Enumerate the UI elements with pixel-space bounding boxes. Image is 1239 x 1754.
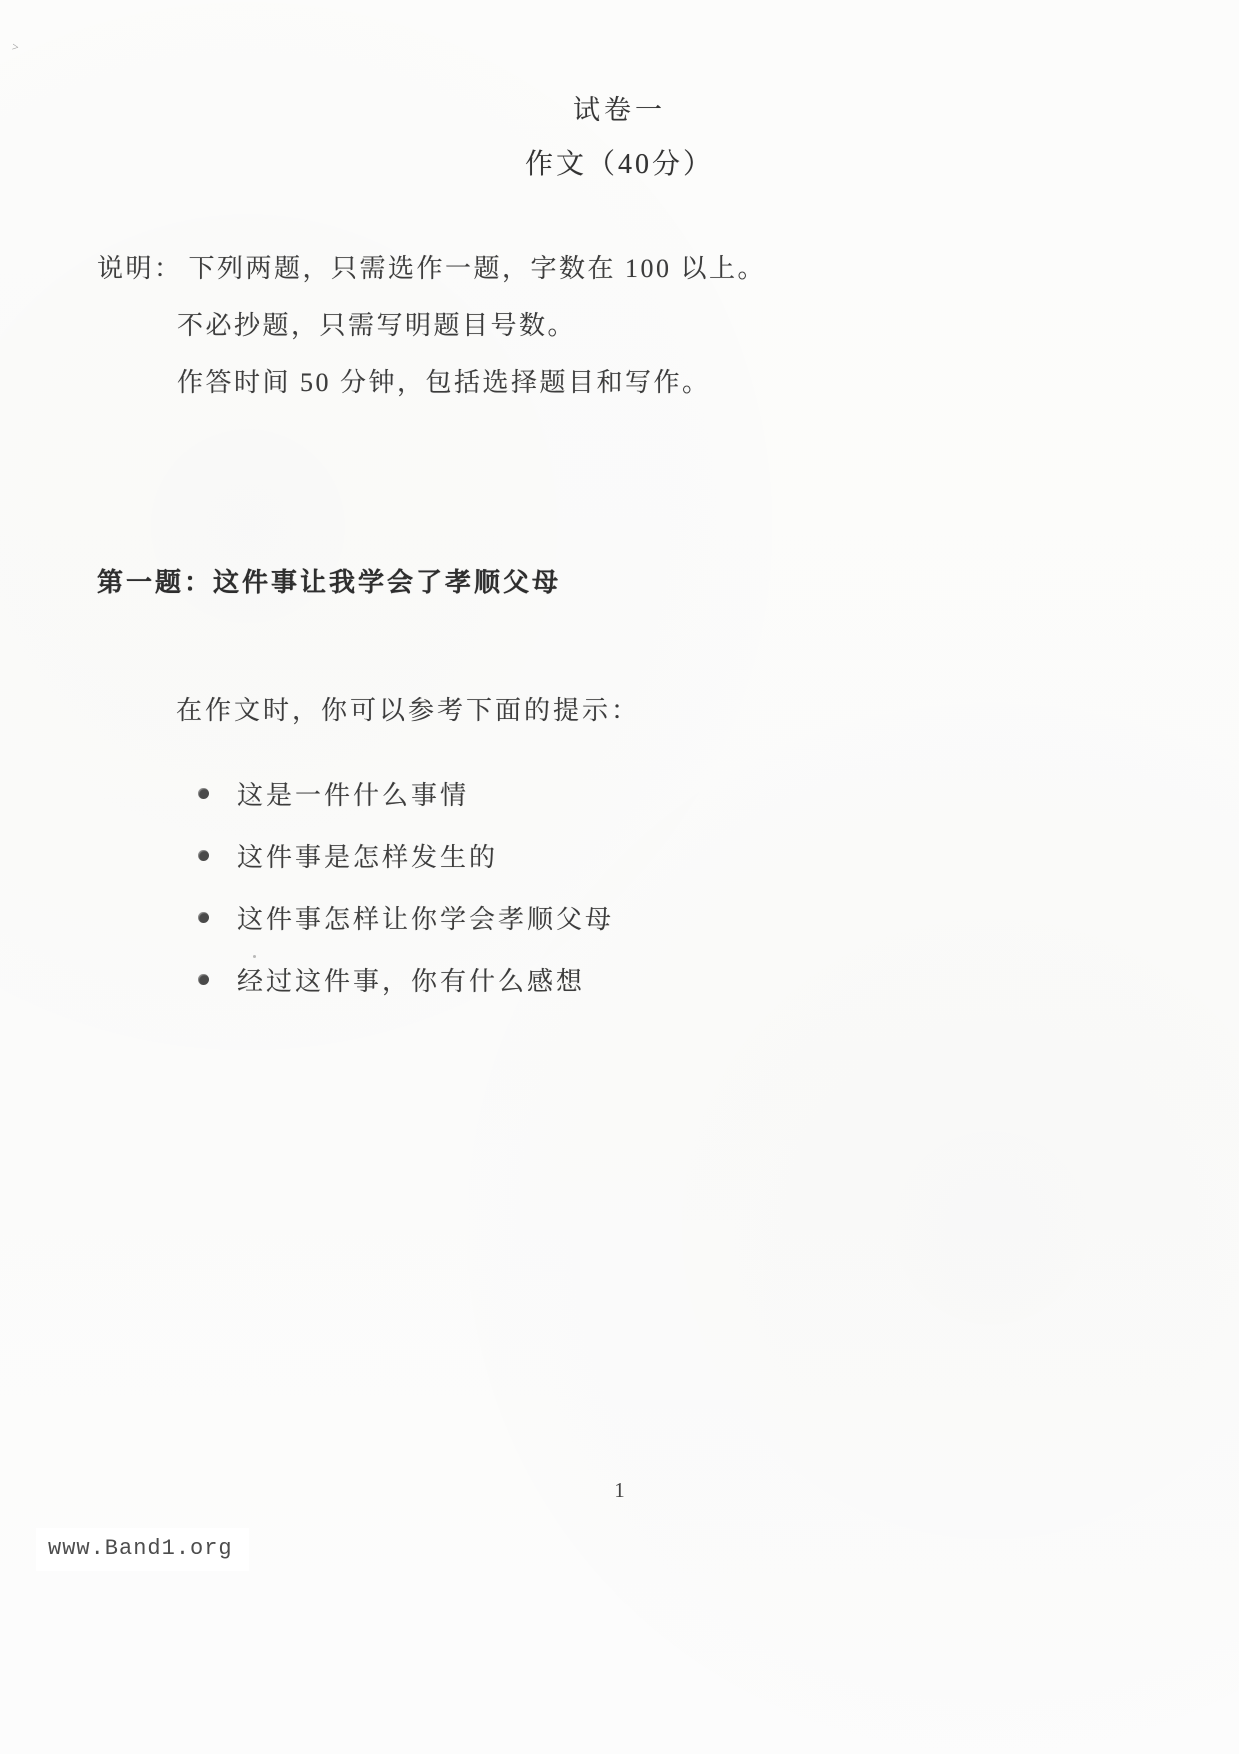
instruction-line-2: 不必抄题，只需写明题目号数。 [97,297,817,354]
instructions-label: 说明： [97,254,183,283]
paper-title: 试卷一 [0,88,1239,127]
hint-list: 这是一件什么事情 这件事是怎样发生的 这件事怎样让你学会孝顺父母 经过这件事，你… [198,762,614,1010]
hint-text: 这件事怎样让你学会孝顺父母 [237,899,614,936]
question-heading: 第一题：这件事让我学会了孝顺父母 [97,562,561,599]
bullet-icon [198,974,209,985]
scan-artifact: ˃ [11,40,20,56]
bullet-icon [198,850,209,861]
hint-item: 这件事是怎样发生的 [198,824,614,886]
watermark-box: www.Band1.org [36,1528,249,1571]
bullet-icon [198,788,209,799]
hint-text: 这是一件什么事情 [237,775,469,812]
instruction-line-1: 说明：下列两题，只需选作一题，字数在 100 以上。 [97,240,817,297]
hint-text: 经过这件事，你有什么感想 [237,961,585,998]
hint-item: 这是一件什么事情 [198,762,614,824]
instruction-text-1: 下列两题，只需选作一题，字数在 100 以上。 [189,254,767,283]
hint-intro: 在作文时，你可以参考下面的提示： [176,690,640,727]
instruction-line-3: 作答时间 50 分钟，包括选择题目和写作。 [97,354,817,411]
exam-paper-page: ˃ 试卷一 作文（40分） 说明：下列两题，只需选作一题，字数在 100 以上。… [0,0,1239,1754]
hint-item: 这件事怎样让你学会孝顺父母 [198,886,614,948]
watermark-text: www.Band1.org [48,1536,233,1561]
page-number: 1 [0,1478,1239,1503]
instructions-block: 说明：下列两题，只需选作一题，字数在 100 以上。 不必抄题，只需写明题目号数… [97,240,817,411]
section-title: 作文（40分） [0,142,1239,182]
bullet-icon [198,912,209,923]
hint-item: 经过这件事，你有什么感想 [198,948,614,1010]
hint-text: 这件事是怎样发生的 [237,837,498,874]
